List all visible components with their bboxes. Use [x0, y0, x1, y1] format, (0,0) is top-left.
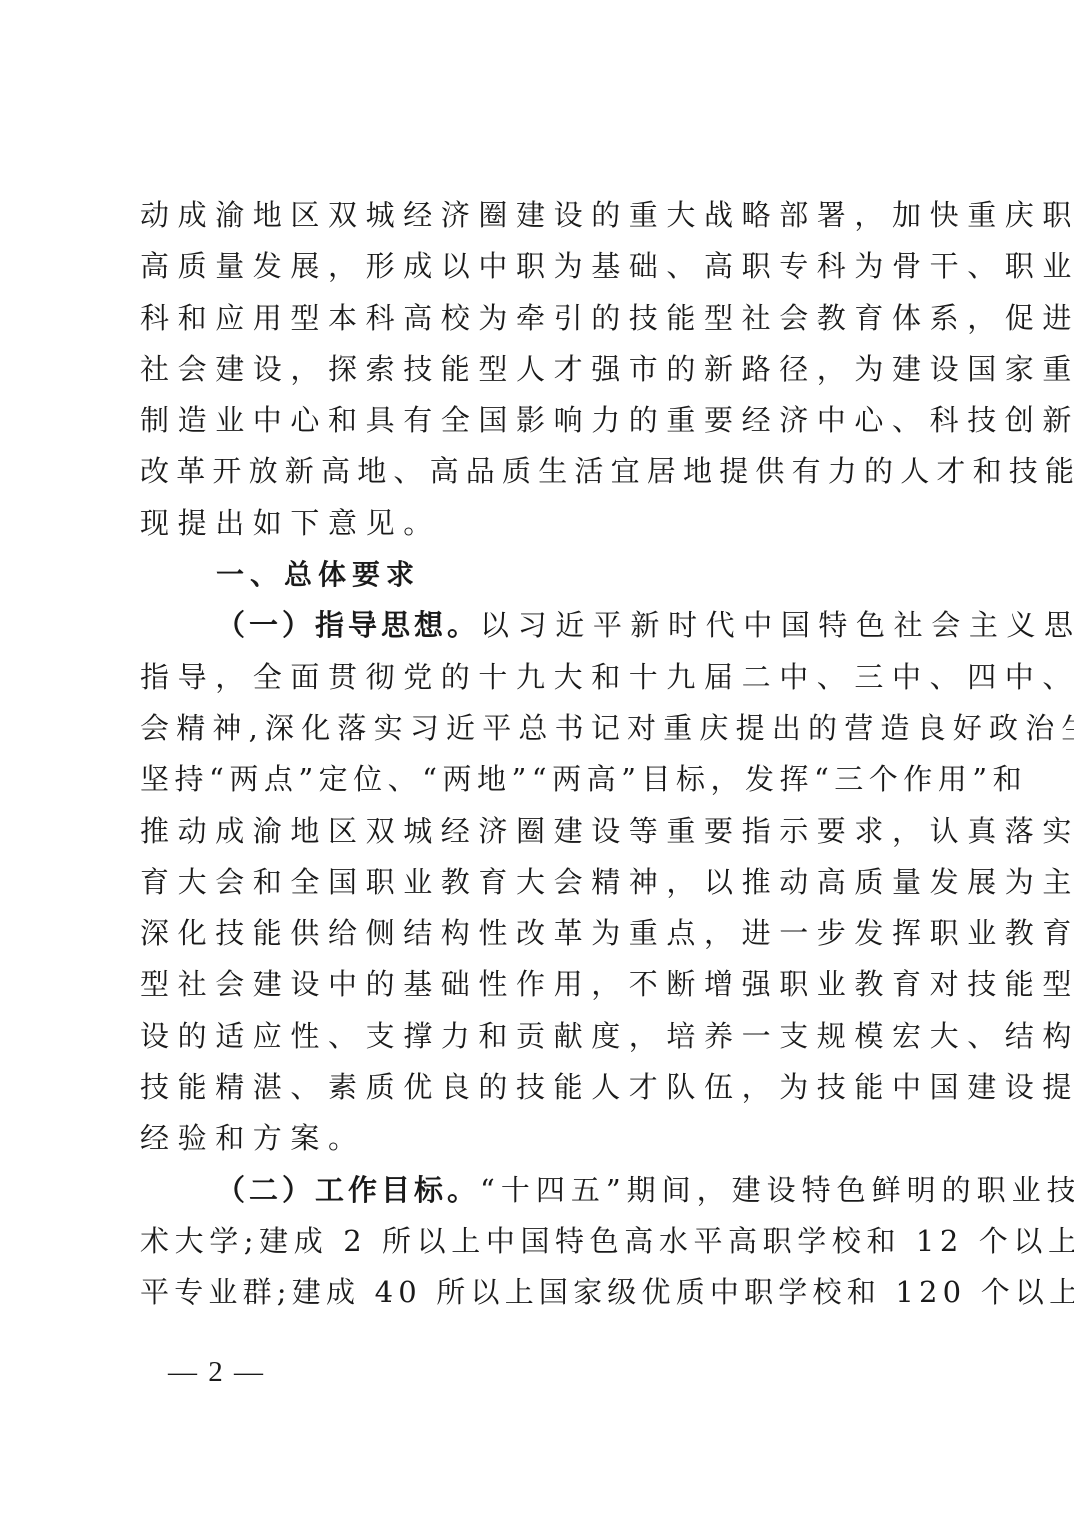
paragraph-line: 坚持“两点”定位、“两地”“两高”目标，发挥“三个作用”和 [140, 754, 940, 805]
paragraph-line: 设的适应性、支撑力和贡献度，培养一支规模宏大、结构合理、 [140, 1011, 940, 1062]
paragraph-line: 会精神,深化落实习近平总书记对重庆提出的营造良好政治生态， [140, 703, 940, 754]
page-number: — 2 — [168, 1352, 265, 1392]
paragraph-line: 科和应用型本科高校为牵引的技能型社会教育体系，促进技能型 [140, 293, 940, 344]
paragraph-line: 指导，全面贯彻党的十九大和十九届二中、三中、四中、五中全 [140, 652, 940, 703]
subsection-2-text: “十四五”期间，建设特色鲜明的职业技 [480, 1173, 1074, 1207]
section-heading: 一、总体要求 [140, 549, 940, 600]
paragraph-line: 推动成渝地区双城经济圈建设等重要指示要求，认真落实全国教 [140, 806, 940, 857]
paragraph-line: 型社会建设中的基础性作用，不断增强职业教育对技能型社会建 [140, 959, 940, 1010]
paragraph-line: 制造业中心和具有全国影响力的重要经济中心、科技创新中心、 [140, 395, 940, 446]
paragraph-line: 现提出如下意见。 [140, 498, 940, 549]
subsection-2-label: （二）工作目标。 [216, 1173, 480, 1207]
subsection-1-first-line: （一）指导思想。以习近平新时代中国特色社会主义思想为 [140, 600, 940, 651]
document-page: 动成渝地区双城经济圈建设的重大战略部署，加快重庆职业教育 高质量发展，形成以中职… [0, 0, 1074, 1520]
paragraph-line: 动成渝地区双城经济圈建设的重大战略部署，加快重庆职业教育 [140, 190, 940, 241]
paragraph-line: 改革开放新高地、高品质生活宜居地提供有力的人才和技能支撑， [140, 446, 940, 497]
paragraph-line: 育大会和全国职业教育大会精神，以推动高质量发展为主线，以 [140, 857, 940, 908]
document-body: 动成渝地区双城经济圈建设的重大战略部署，加快重庆职业教育 高质量发展，形成以中职… [140, 190, 940, 1319]
paragraph-line: 社会建设，探索技能型人才强市的新路径，为建设国家重要先进 [140, 344, 940, 395]
subsection-1-label: （一）指导思想。 [216, 608, 480, 642]
paragraph-line: 技能精湛、素质优良的技能人才队伍，为技能中国建设提供重庆 [140, 1062, 940, 1113]
paragraph-line: 深化技能供给侧结构性改革为重点，进一步发挥职业教育在技能 [140, 908, 940, 959]
paragraph-line: 高质量发展，形成以中职为基础、高职专科为骨干、职业教育本 [140, 241, 940, 292]
paragraph-line: 经验和方案。 [140, 1113, 940, 1164]
paragraph-line: 术大学;建成 2 所以上中国特色高水平高职学校和 12 个以上高水 [140, 1216, 940, 1267]
subsection-2-first-line: （二）工作目标。“十四五”期间，建设特色鲜明的职业技 [140, 1165, 940, 1216]
subsection-1-text: 以习近平新时代中国特色社会主义思想为 [480, 608, 1074, 642]
paragraph-line: 平专业群;建成 40 所以上国家级优质中职学校和 120 个以上国家 [140, 1267, 940, 1318]
